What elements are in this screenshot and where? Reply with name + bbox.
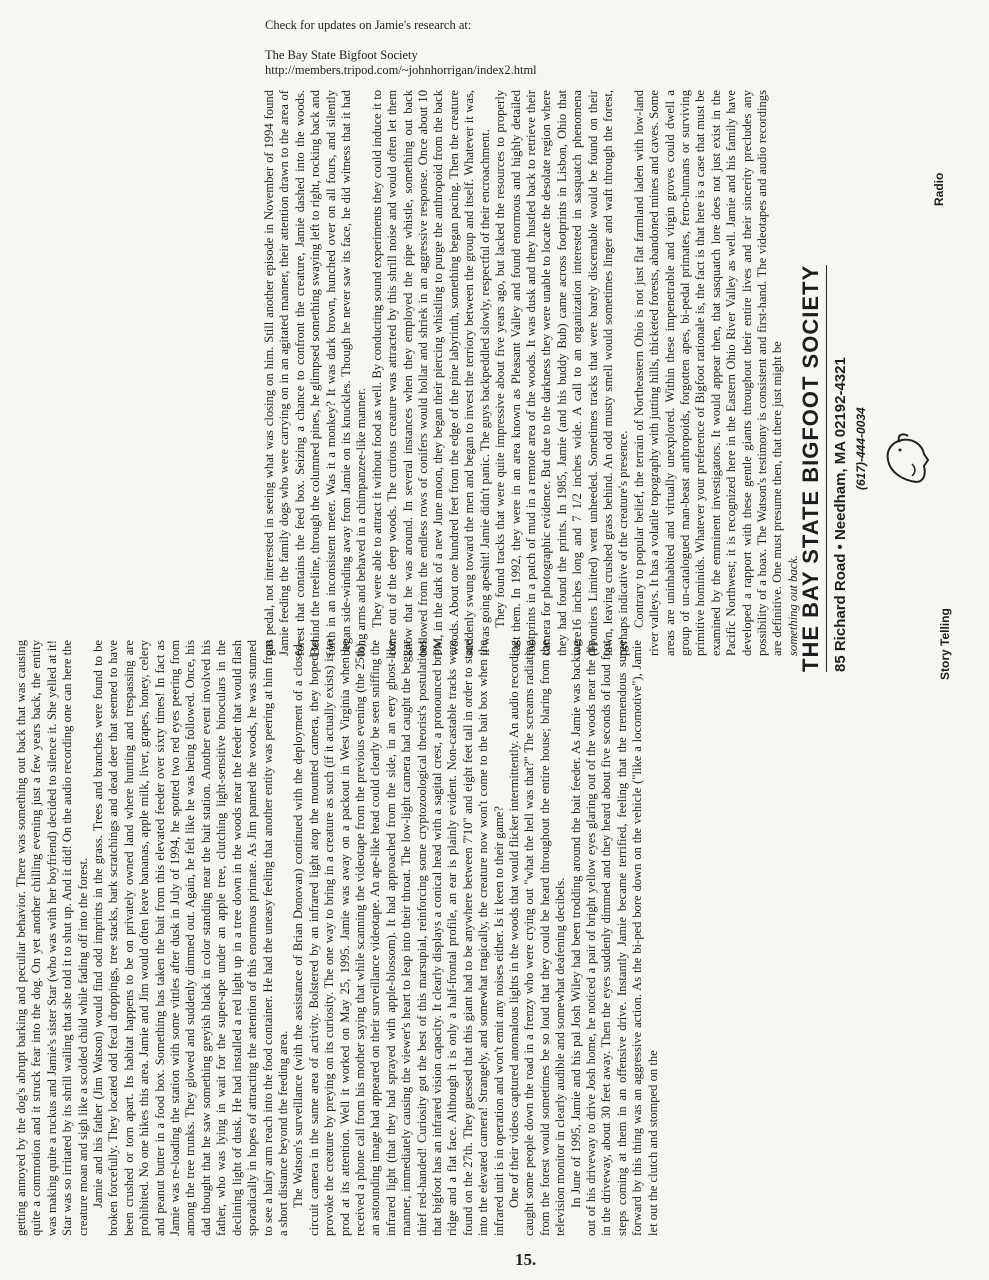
paragraph: They found tracks that were quite impres… [493,90,632,656]
ad-address: 85 Richard Road • Needham, MA 02192-4321 [832,357,849,672]
ad-label-radio: Radio [932,173,946,206]
paragraph: The Watson's surveillance (with the assi… [291,640,507,1236]
society-name: The Bay State Bigfoot Society [265,48,537,63]
bigfoot-cartoon-icon [872,430,932,490]
paragraph: One of their videos captured anomalous l… [507,640,569,1236]
paragraph: In June of 1995, Jamie and his pal Josh … [569,640,661,1236]
ad-label-story-telling: Story Telling [938,608,952,680]
society-url[interactable]: http://members.tripod.com/~johnhorrigan/… [265,63,537,78]
paragraph: getting annoyed by the dog's abrupt bark… [14,640,91,1236]
paragraph: gas pedal, not interested in seeing what… [262,90,370,656]
updates-header: Check for updates on Jamie's research at… [265,18,537,78]
updates-intro: Check for updates on Jamie's research at… [265,18,537,33]
paragraph: They were able to attract it without foo… [370,90,493,656]
article-column-1: getting annoyed by the dog's abrupt bark… [14,640,969,1236]
page-number: 15. [515,1250,536,1270]
ad-phone: (617)-444-0034 [854,407,868,490]
society-advertisement: THE BAY STATE BIGFOOT SOCIETY 85 Richard… [790,190,965,680]
paragraph-text: Contrary to popular belief, the terrain … [632,90,785,656]
ad-title: THE BAY STATE BIGFOOT SOCIETY [798,265,827,672]
article-column-2: gas pedal, not interested in seeing what… [262,90,792,656]
paragraph: Contrary to popular belief, the terrain … [632,90,786,656]
paragraph: Jamie and his father (Jim Watson) would … [91,640,291,1236]
